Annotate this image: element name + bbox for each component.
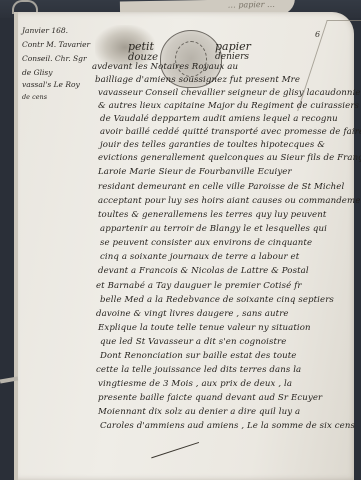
manuscript-line: vingtiesme de 3 Mois , aux prix de deux … bbox=[98, 379, 292, 389]
manuscript-line: Laroie Marie Sieur de Fourbanville Ecuiy… bbox=[98, 167, 292, 177]
margin-note: Janvier 168. bbox=[22, 26, 68, 35]
page-edge bbox=[14, 12, 18, 480]
manuscript-line: que led St Vavasseur a dit s'en cognoist… bbox=[100, 337, 286, 347]
stamp-word-deniers: deniers bbox=[215, 52, 249, 62]
manuscript-line: & autres lieux capitaine Major du Regime… bbox=[98, 101, 359, 111]
manuscript-line: devant a Francois & Nicolas de Lattre & … bbox=[98, 266, 309, 276]
manuscript-line: Caroles d'ammiens aud amiens , Le la som… bbox=[100, 421, 355, 431]
manuscript-line: Moiennant dix solz au denier a dire quil… bbox=[98, 407, 300, 417]
manuscript-line: avoir baillé ceddé quitté transporté ave… bbox=[100, 127, 361, 137]
manuscript-line: Explique la toute telle tenue valeur ny … bbox=[98, 323, 311, 333]
manuscript-line: belle Med a la Redebvance de soixante ci… bbox=[100, 295, 334, 305]
manuscript-line: toultes & generallemens les terres quy l… bbox=[98, 210, 326, 220]
manuscript-line: appartenir au terroir de Blangy le et le… bbox=[100, 224, 327, 234]
manuscript-line: vavasseur Conseil chevallier seigneur de… bbox=[98, 88, 361, 98]
manuscript-line: cinq a soixante journaux de terre a labo… bbox=[100, 252, 299, 262]
manuscript-line: de Vaudalé deppartem audit amiens lequel… bbox=[100, 114, 338, 124]
manuscript-line: cette la telle jouissance led dits terre… bbox=[96, 365, 301, 375]
margin-note: Contr M. Tavarier bbox=[22, 40, 90, 49]
margin-note: Conseil. Chr. Sgr bbox=[22, 54, 87, 63]
manuscript-line: presente baille faicte quand devant aud … bbox=[98, 393, 322, 403]
manuscript-line: se peuvent consister aux environs de cin… bbox=[100, 238, 312, 248]
manuscript-line: avdevant les Notaires Royaux au bbox=[92, 62, 238, 72]
folio-number: 6 bbox=[315, 30, 320, 39]
manuscript-line: residant demeurant en celle ville Parois… bbox=[98, 182, 344, 192]
manuscript-line: evictions generallement quelconques au S… bbox=[98, 153, 361, 163]
underlying-sheet-text: … papier … bbox=[228, 0, 275, 10]
manuscript-line: jouir des telles garanties de toultes hi… bbox=[100, 140, 325, 150]
manuscript-line: Dont Renonciation sur baille estat des t… bbox=[100, 351, 296, 361]
manuscript-line: bailliage d'amiens soussignez fut presen… bbox=[95, 75, 300, 85]
margin-note: de Glisy bbox=[22, 68, 53, 77]
margin-note: de cens bbox=[22, 93, 47, 101]
margin-note: vassal's Le Roy bbox=[22, 80, 80, 89]
manuscript-line: acceptant pour luy ses hoirs aiant cause… bbox=[98, 196, 361, 206]
manuscript-line: davoine & vingt livres daugere , sans au… bbox=[96, 309, 289, 319]
manuscript-line: et Barnabé a Tay dauguer le premier Coti… bbox=[96, 281, 302, 291]
